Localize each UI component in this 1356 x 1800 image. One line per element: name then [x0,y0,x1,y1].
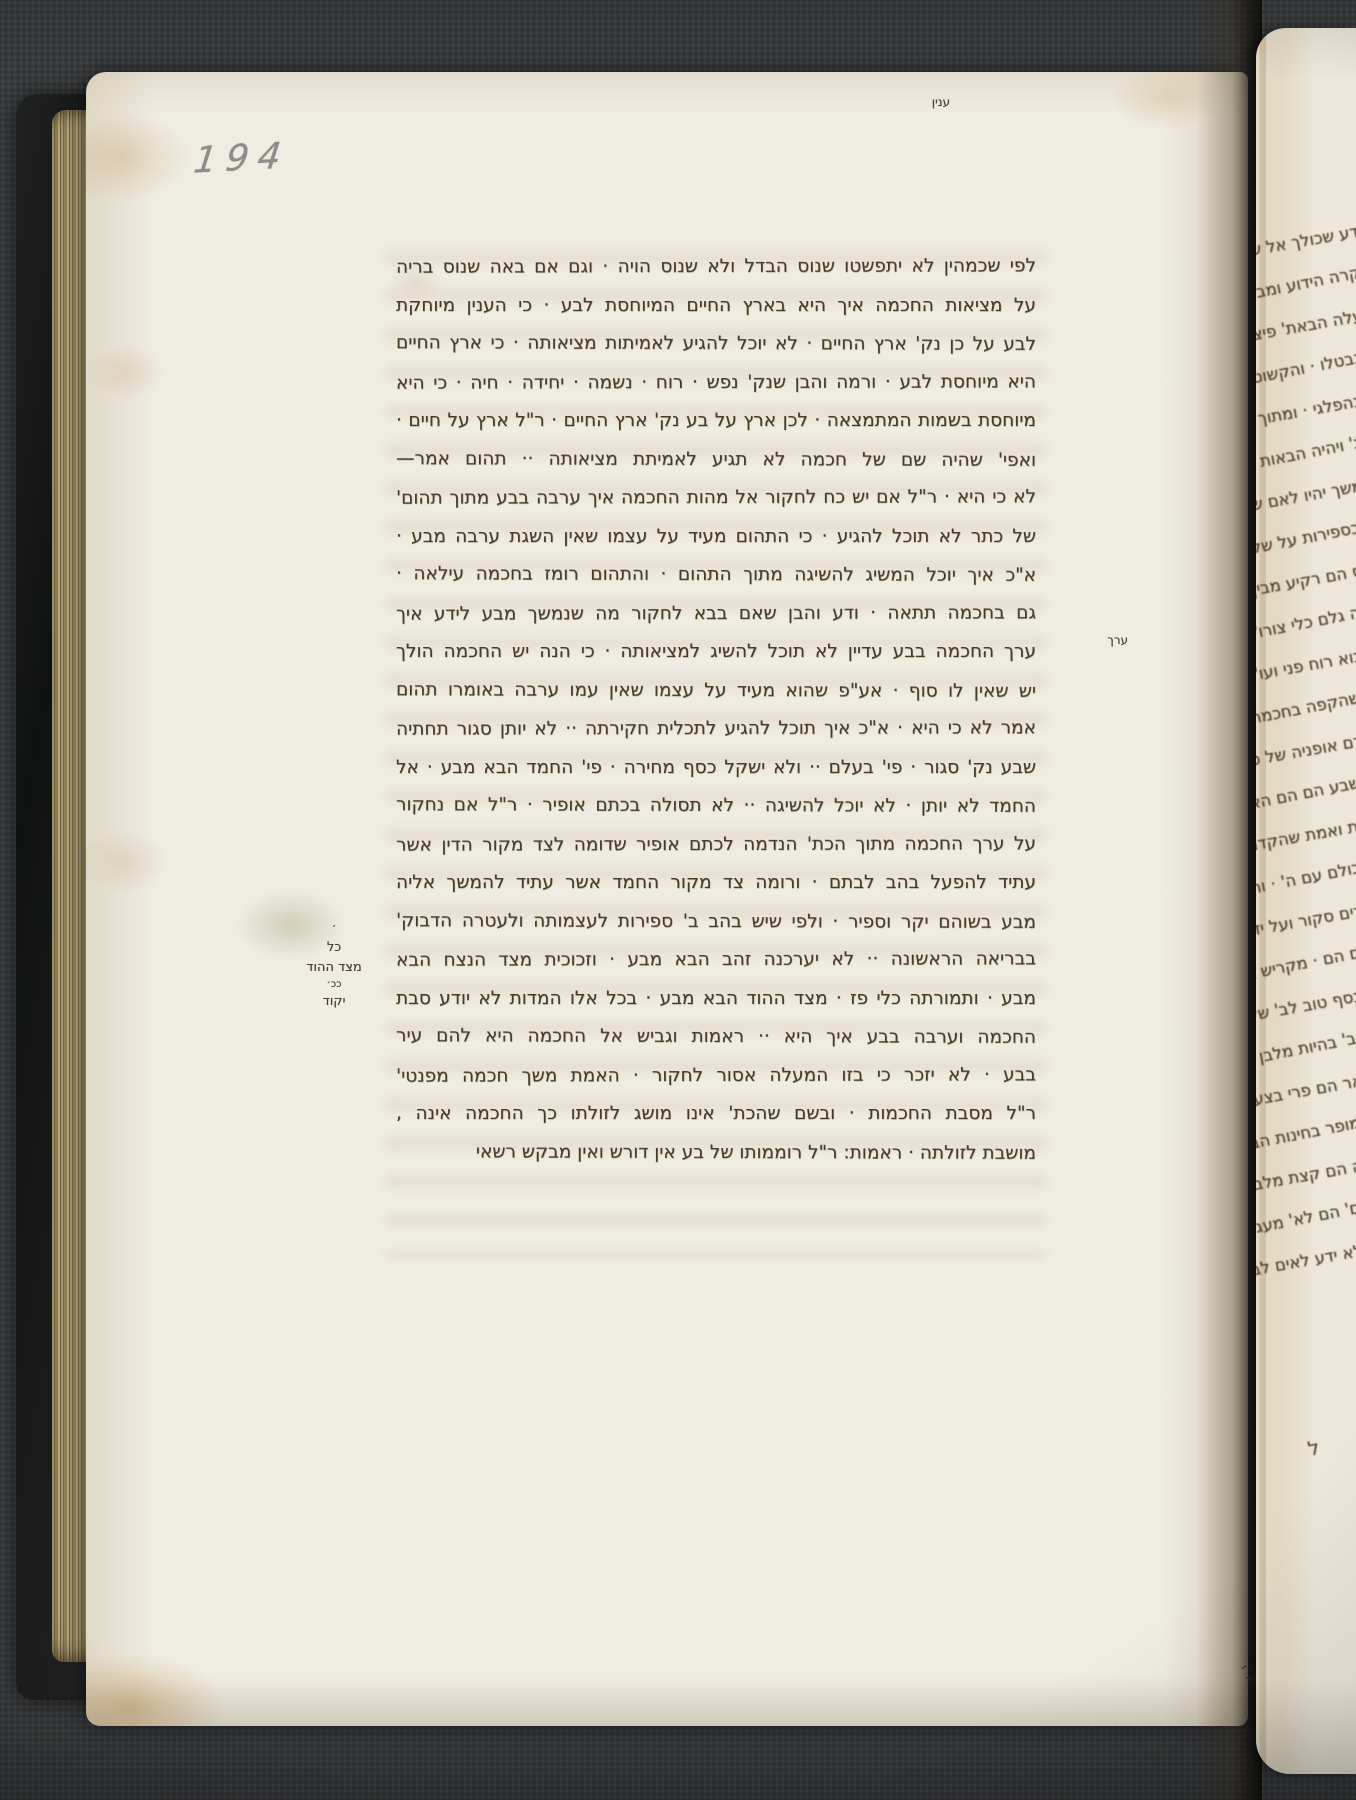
folio-number: 194 [192,135,293,181]
manuscript-photograph: { "document": { "type": "handwritten Heb… [0,0,1356,1800]
marginal-note: ׳כלמצד ההודככ׳יקוד [296,918,372,1012]
manuscript-page: 194 לפי שכמהין לא יתפשטו שנוס הבדל ולא ש… [86,72,1248,1726]
text-line: א"כ איך יוכל המשיג להשיגה מתוך התהום · ו… [396,555,1036,595]
gutter-shadow [1196,0,1262,1800]
text-line: החכמה וערבה בבע איך היא ·· ראמות וגביש א… [396,1017,1036,1057]
text-line: של כתר לא תוכל להגיע · כי התהום מעיד על … [396,518,1036,557]
facing-page-text-fragments: ודע שכולך אל ש'קרה הידוע ומביןעלה הבאת' … [1266,238,1356,1301]
marginal-note-line: ׳ [296,918,372,938]
facing-stray-letter: ל [1306,1435,1322,1461]
text-line: בבע · לא יזכר כי בזו המעלה אסור לחקור · … [396,1056,1036,1096]
marginal-note-line: ככ׳ [296,978,372,992]
interlinear-correction: ענין [932,96,950,108]
text-line: יש שאין לו סוף · אע"פ שהוא מעיד על עצמו … [396,671,1036,711]
text-line: מיוחסת בשמות המתמצאה · לכן ארץ על בע נק'… [396,402,1036,441]
text-line: מושבת לזולתה · ראמות: ר"ל רוממותו של בע … [396,1133,1036,1173]
marginal-note-line: יקוד [296,992,372,1012]
text-line: בבריאה הראשונה ·· לא יערכנה זהב הבא מבע … [396,940,1036,980]
interlinear-correction: ערך [1107,634,1128,646]
text-line: החמד לא יותן · לא יוכל להשיגה ·· לא תסול… [396,786,1036,826]
text-line: אמר לא כי היא · א"כ איך תוכל להגיע לתכלי… [396,709,1036,749]
text-line: לפי שכמהין לא יתפשטו שנוס הבדל ולא שנוס … [396,247,1036,287]
facing-page-edge: ודע שכולך אל ש'קרה הידוע ומביןעלה הבאת' … [1256,28,1356,1774]
text-line: גם בחכמה תתאה · ודע והבן שאם בבא לחקור מ… [396,594,1036,634]
text-line: מבע · ותמורתה כלי פז · מצד ההוד הבא מבע … [396,980,1036,1019]
text-line: היא מיוחסת לבע · ורמה והבן שנק' נפש · רו… [396,363,1036,403]
text-line: מבע בשוהם יקר וספיר · ולפי שיש בהב ב' ספ… [396,902,1036,942]
text-line: לבע על כן נק' ארץ החיים · לא יוכל להגיע … [396,324,1036,364]
text-line: ר"ל מסבת החכמות · ובשם שהכת' אינו מושג ל… [396,1095,1036,1134]
text-line: על ערך החכמה מתוך הכת' הנדמה לכתם אופיר … [396,825,1036,865]
marginal-note-line: כל [296,938,372,958]
text-line: עתיד להפעל בהב לבתם · ורומה צד מקור החמד… [396,864,1036,903]
text-line: ערך החכמה בבע עדיין לא תוכל להשיג למציאו… [396,633,1036,672]
text-line: על מציאות החכמה איך היא בארץ החיים המיוח… [396,287,1036,326]
text-line: לא כי היא · ר"ל אם יש כח לחקור אל מהות ה… [396,478,1036,518]
main-text-block: לפי שכמהין לא יתפשטו שנוס הבדל ולא שנוס … [396,248,1036,1172]
text-line: ואפי' שהיה שם של חכמה לא תגיע לאמיתת מצי… [396,440,1036,480]
text-line: שבע נק' סגור · פי' בעלם ·· ולא ישקל כסף … [396,749,1036,788]
marginal-note-line: מצד ההוד [296,958,372,978]
